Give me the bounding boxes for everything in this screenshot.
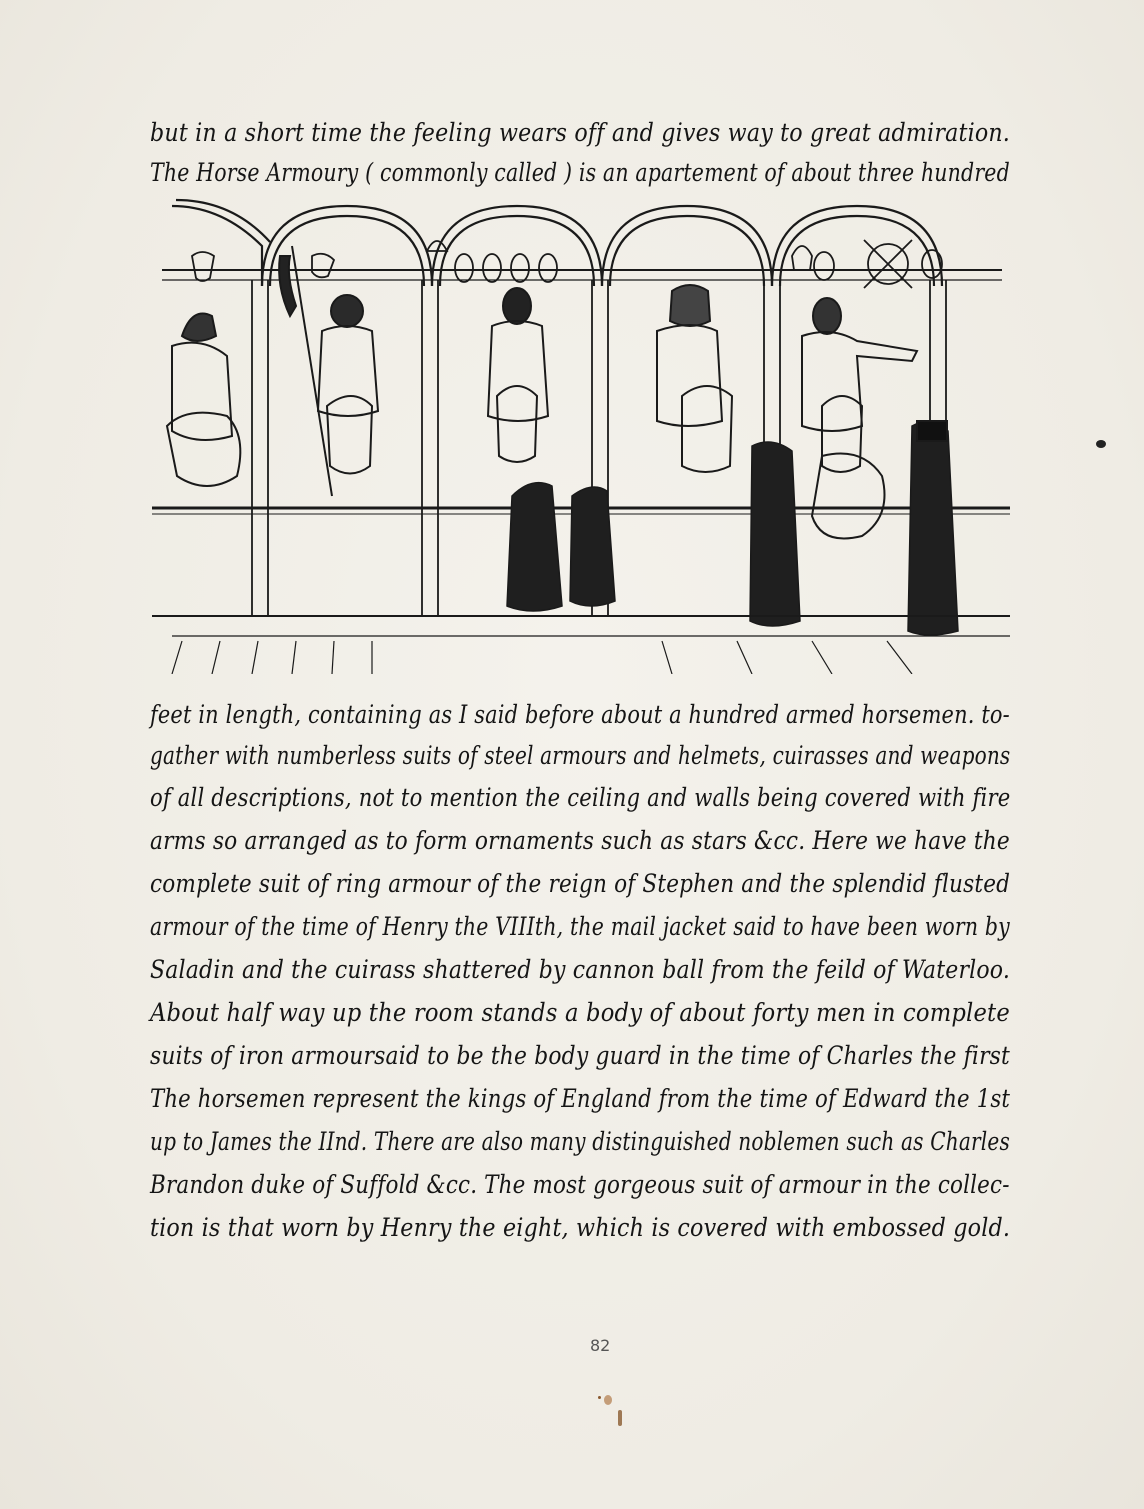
page-number: 82 bbox=[590, 1336, 610, 1355]
foxing-stain bbox=[618, 1410, 622, 1426]
text-line-2: The Horse Armoury ( commonly called ) is… bbox=[150, 158, 863, 187]
text-line-4: gather with numberless suits of steel ar… bbox=[150, 741, 848, 770]
text-line-5: of all descriptions, not to mention the … bbox=[150, 783, 886, 812]
text-line-8: armour of the time of Henry the VIIIth, … bbox=[150, 912, 863, 941]
text-line-14: Brandon duke of Suffold &cc. The most go… bbox=[150, 1170, 897, 1199]
manuscript-page: but in a short time the feeling wears of… bbox=[0, 0, 1144, 1509]
text-line-9: Saladin and the cuirass shattered by can… bbox=[150, 955, 916, 984]
text-line-13: up to James the IInd. There are also man… bbox=[150, 1127, 850, 1156]
text-line-15: tion is that worn by Henry the eight, wh… bbox=[150, 1213, 923, 1242]
foxing-stain bbox=[604, 1395, 612, 1405]
text-line-10: About half way up the room stands a body… bbox=[150, 998, 938, 1027]
text-line-11: suits of iron armoursaid to be the body … bbox=[150, 1041, 910, 1070]
text-line-12: The horsemen represent the kings of Engl… bbox=[150, 1084, 889, 1113]
foxing-stain bbox=[598, 1396, 601, 1399]
ink-blot bbox=[1096, 440, 1106, 448]
text-line-7: complete suit of ring armour of the reig… bbox=[150, 869, 901, 898]
text-line-1: but in a short time the feeling wears of… bbox=[150, 118, 921, 147]
text-line-6: arms so arranged as to form ornaments su… bbox=[150, 826, 906, 855]
text-line-3: feet in length, containing as I said bef… bbox=[150, 700, 877, 729]
horse-armoury-illustration bbox=[152, 196, 1010, 674]
